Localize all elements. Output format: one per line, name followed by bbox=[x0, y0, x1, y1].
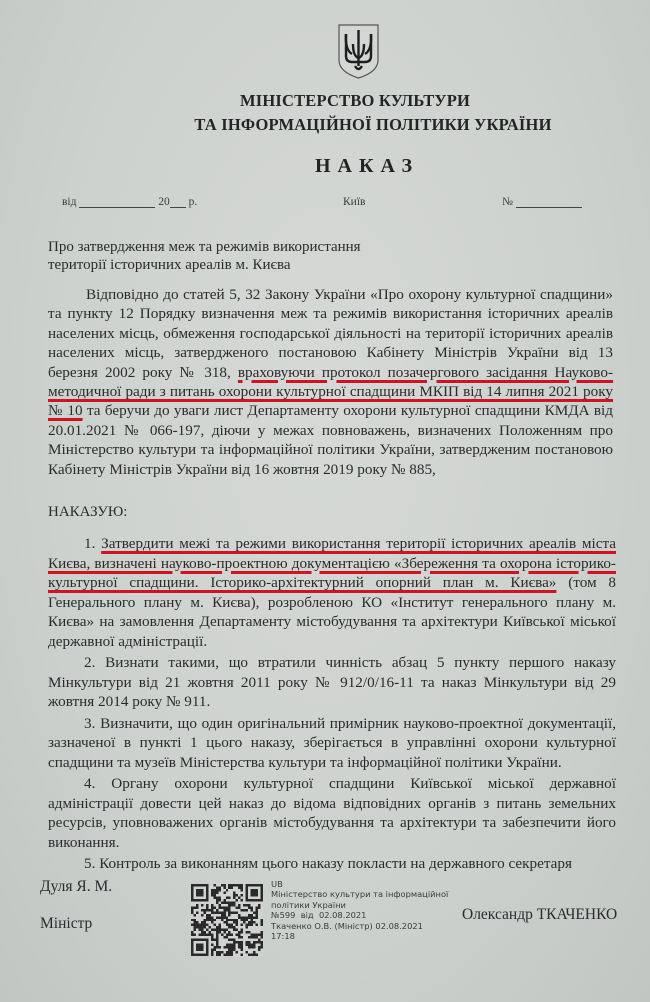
item-text: Органу охорони культурної спадщини Київс… bbox=[48, 775, 616, 851]
order-item-1: 1. Затвердити межі та режими використанн… bbox=[48, 534, 616, 651]
order-item-3: 3. Визначити, що один оригінальний примі… bbox=[48, 714, 616, 773]
electronic-signature-stamp: UB Міністерство культури та інформаційно… bbox=[271, 879, 448, 941]
item-number: 4. bbox=[84, 775, 95, 792]
subject-line2: території історичних ареалів м. Києва bbox=[48, 256, 613, 274]
item-text: Визнати такими, що втратили чинність абз… bbox=[48, 654, 616, 710]
subject-line1: Про затвердження меж та режимів використ… bbox=[48, 238, 613, 256]
document-page: МІНІСТЕРСТВО КУЛЬТУРИ ТА ІНФОРМАЦІЙНОЇ П… bbox=[0, 0, 650, 1002]
number-field: № bbox=[502, 196, 582, 208]
date-blank bbox=[79, 207, 155, 208]
decree-heading: НАКАЗУЮ: bbox=[48, 504, 127, 521]
item-number: 5. bbox=[84, 855, 95, 872]
stamp-line6: 17:18 bbox=[271, 931, 448, 941]
state-secretary-name: Дуля Я. М. bbox=[40, 878, 112, 896]
stamp-line5: Ткаченко О.В. (Міністр) 02.08.2021 bbox=[271, 921, 448, 931]
qr-code-icon bbox=[191, 884, 263, 956]
order-item-2: 2. Визнати такими, що втратили чинність … bbox=[48, 653, 616, 712]
item-number: 1. bbox=[84, 535, 95, 552]
trident-coat-of-arms-icon bbox=[336, 22, 381, 80]
year-blank bbox=[170, 207, 186, 208]
item-text: Визначити, що один оригінальний примірни… bbox=[48, 715, 616, 771]
ministry-name-line1: МІНІСТЕРСТВО КУЛЬТУРИ bbox=[30, 91, 650, 111]
stamp-line4: №599 від 02.08.2021 bbox=[271, 910, 448, 920]
date-prefix: від bbox=[62, 196, 76, 208]
preamble-part2: та беручи до уваги лист Департаменту охо… bbox=[48, 402, 613, 477]
number-blank bbox=[516, 207, 582, 208]
signatory-name: Олександр ТКАЧЕНКО bbox=[462, 906, 617, 924]
preamble-paragraph: Відповідно до статей 5, 32 Закону Україн… bbox=[48, 285, 613, 479]
year-suffix: р. bbox=[189, 196, 198, 208]
stamp-line3: політики України bbox=[271, 900, 448, 910]
date-field: від 20 р. bbox=[62, 196, 197, 208]
year-prefix: 20 bbox=[158, 196, 170, 208]
item-number: 3. bbox=[84, 715, 95, 732]
ministry-name-line2: ТА ІНФОРМАЦІЙНОЇ ПОЛІТИКИ УКРАЇНИ bbox=[48, 115, 650, 135]
item-number: 2. bbox=[84, 654, 95, 671]
number-prefix: № bbox=[502, 196, 513, 208]
city-field: Київ bbox=[343, 196, 365, 208]
stamp-line2: Міністерство культури та інформаційної bbox=[271, 889, 448, 899]
signatory-position: Міністр bbox=[40, 915, 92, 933]
highlighted-approval-clause: Затвердити межі та режими використання т… bbox=[48, 535, 616, 591]
stamp-line1: UB bbox=[271, 879, 448, 889]
item-text: Контроль за виконанням цього наказу покл… bbox=[99, 855, 572, 872]
order-item-5: 5. Контроль за виконанням цього наказу п… bbox=[48, 854, 616, 874]
order-items: 1. Затвердити межі та режими використанн… bbox=[48, 534, 616, 874]
order-item-4: 4. Органу охорони культурної спадщини Ки… bbox=[48, 774, 616, 852]
order-subject: Про затвердження меж та режимів використ… bbox=[48, 238, 613, 274]
document-type-title: НАКАЗ bbox=[315, 155, 419, 178]
